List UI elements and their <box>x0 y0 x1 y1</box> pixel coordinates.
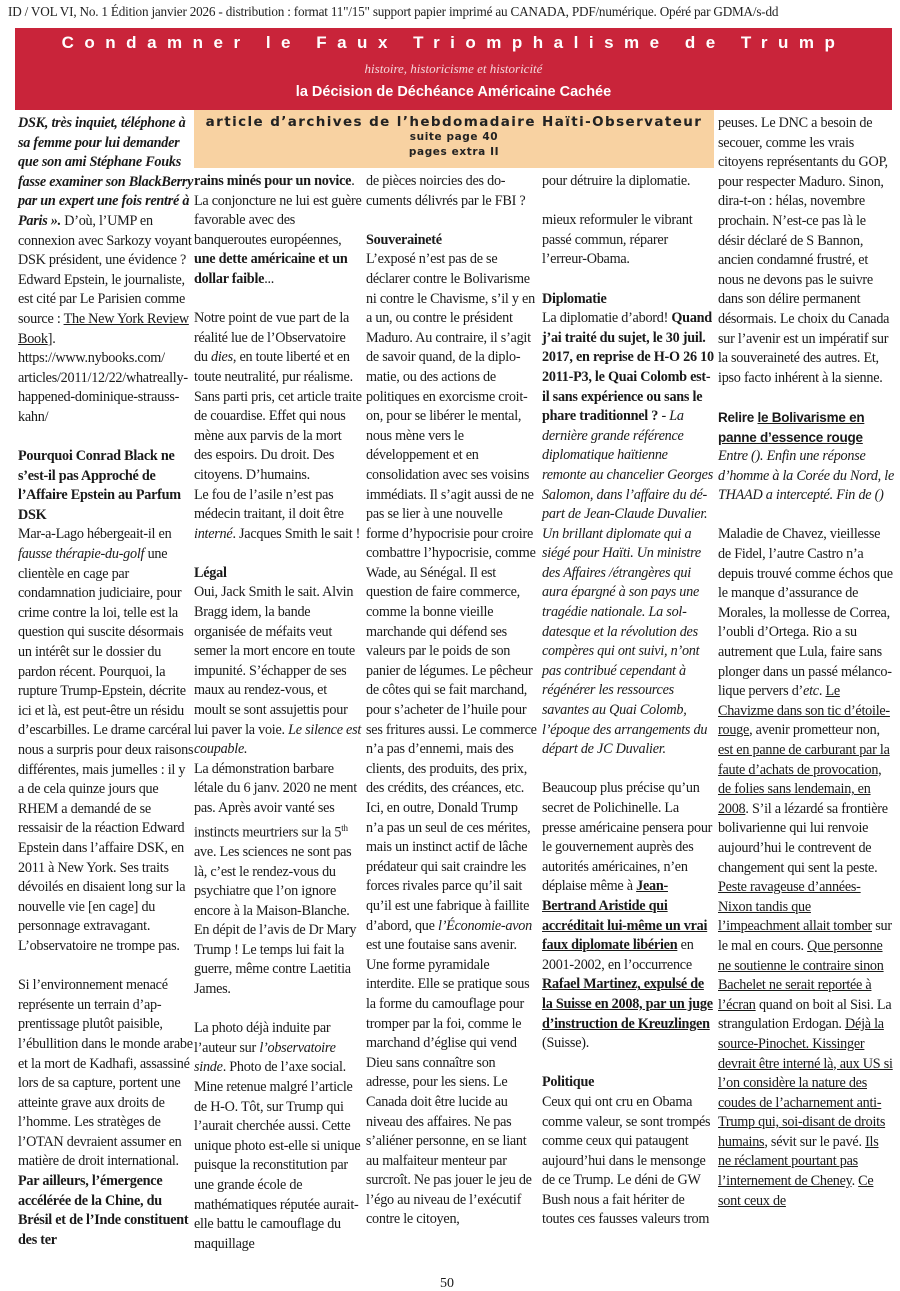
paragraph: mieux reformuler le vi­brant passé commu… <box>542 211 714 270</box>
section-heading: Politique <box>542 1073 714 1093</box>
page-number: 50 <box>440 1276 454 1291</box>
paragraph: Mar-a-Lago hébergeait-il en fausse théra… <box>18 525 194 956</box>
article-subtitle: histoire, historicisme et historicité <box>15 61 892 76</box>
paragraph: de pièces noircies des do­cuments délivr… <box>366 172 538 211</box>
section-heading: Relire le Bolivarisme en panne d’essence… <box>718 408 894 447</box>
continued-page-note: suite page 40 <box>194 130 714 145</box>
paragraph: La diplomatie d’abord! Quand j’ai traité… <box>542 309 714 760</box>
column-1: DSK, très inquiet, télé­phone à sa femme… <box>18 114 194 1250</box>
title-banner: Condamner le Faux Triomphalisme de Trump… <box>15 28 892 110</box>
paragraph: Si l’environnement menacé représente un … <box>18 976 194 1250</box>
section-heading: Diplomatie <box>542 290 714 310</box>
paragraph: Oui, Jack Smith le sait. Alvin Bragg ide… <box>194 583 362 759</box>
section-heading: Souveraineté <box>366 231 538 251</box>
column-5: peuses. Le DNC a besoin de secouer, comm… <box>718 114 894 1211</box>
paragraph: DSK, très inquiet, télé­phone à sa femme… <box>18 114 194 349</box>
issue-info-line: ID / VOL VI, No. 1 Édition janvier 2026 … <box>8 4 898 20</box>
column-3: de pièces noircies des do­cuments délivr… <box>366 172 538 1230</box>
paragraph: Beaucoup plus précise qu’un secret de Po… <box>542 779 714 1053</box>
paragraph: pour détruire la diplomatie. <box>542 172 714 192</box>
inline-link[interactable]: Déjà la source-Pino­chet. Kissinger devr… <box>718 1016 893 1150</box>
paragraph: Ceux qui ont cru en Obama comme valeur, … <box>542 1093 714 1230</box>
column-4: pour détruire la diplomatie. mieux refor… <box>542 172 714 1230</box>
paragraph: L’exposé n’est pas de se déclarer contre… <box>366 250 538 1230</box>
paragraph: Entre (). Enfin une réponse d’homme à la… <box>718 447 894 506</box>
article-deck: la Décision de Déchéance Américaine Cach… <box>15 84 892 101</box>
source-url[interactable]: https://www.nybooks.com/ articles/2011/1… <box>18 349 194 427</box>
paragraph: peuses. Le DNC a besoin de secouer, comm… <box>718 114 894 388</box>
archive-source: article d’archives de l’hebdomadaire Haï… <box>194 114 714 130</box>
martinez-link[interactable]: Rafael Martinez, expulsé de la Suisse en… <box>542 976 713 1031</box>
paragraph: Le fou de l’asile n’est pas médecin trai… <box>194 486 362 545</box>
extra-pages-note: pages extra II <box>194 145 714 160</box>
section-heading: Légal <box>194 564 362 584</box>
paragraph: rains minés pour un no­vice. La conjonct… <box>194 172 362 290</box>
article-title: Condamner le Faux Triomphalisme de Trump <box>15 33 892 53</box>
archive-notice-box: article d’archives de l’hebdomadaire Haï… <box>194 110 714 168</box>
inline-link[interactable]: Peste ra­vageuse d’années-Nixon tandis q… <box>718 879 872 934</box>
paragraph: Notre point de vue part de la réalité lu… <box>194 309 362 485</box>
paragraph: La démonstration barbare létale du 6 jan… <box>194 760 362 1000</box>
column-2: rains minés pour un no­vice. La conjonct… <box>194 172 362 1254</box>
paragraph: Maladie de Chavez, vieil­lesse de Fidel,… <box>718 525 894 1211</box>
paragraph: La photo déjà induite par l’auteur sur l… <box>194 1019 362 1254</box>
section-heading: Pourquoi Conrad Black ne s’est-il pas Ap… <box>18 447 194 525</box>
